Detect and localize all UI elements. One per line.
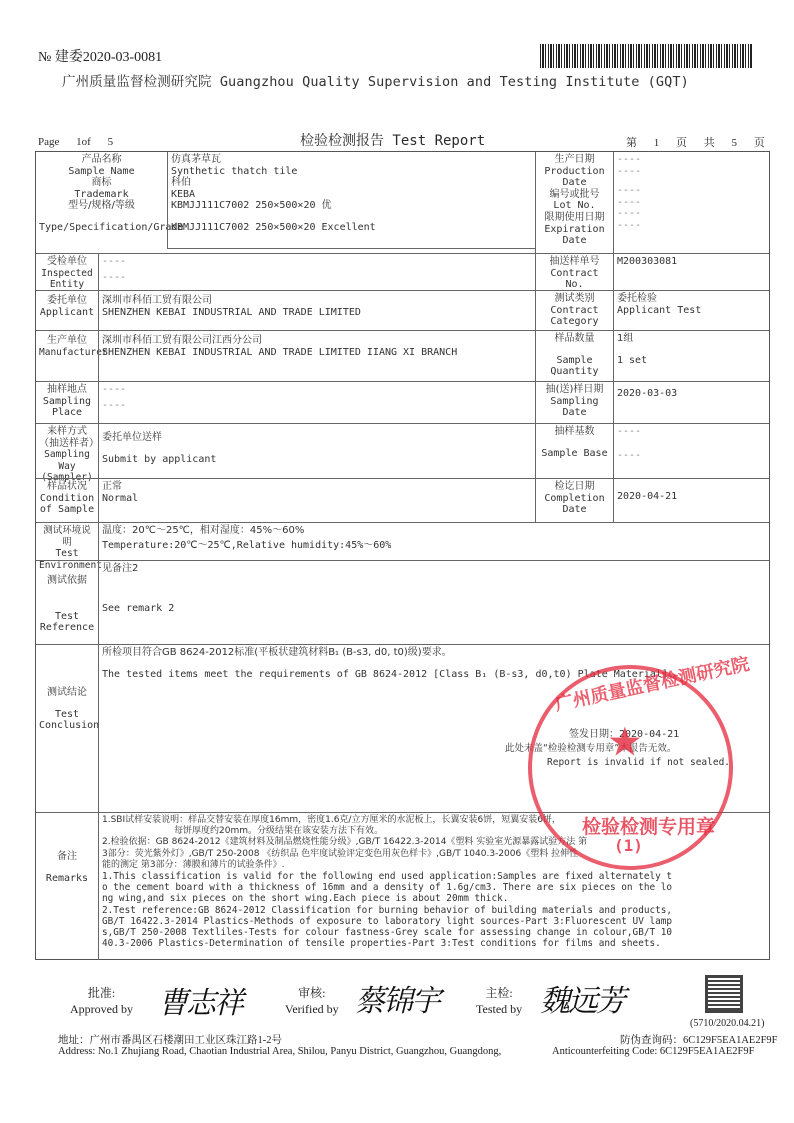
remark-line: 1.SBI试样安装说明：样品交替安装在厚度16mm，密度1.6克/立方厘米的水泥… [102, 815, 766, 826]
trademark-label-en: Trademark [39, 189, 164, 201]
sampling-place-label-en: Sampling Place [39, 396, 95, 419]
remark-line: 2.检验依据：GB 8624-2012《建筑材料及制品燃烧性能分级》,GB/T … [102, 837, 766, 848]
sampling-way-value: 委托单位送样 Submit by applicant [98, 424, 535, 479]
page-number: 1of [76, 136, 91, 148]
condition-value: 正常 Normal [98, 479, 535, 523]
approved-label-en: Approved by [70, 1001, 133, 1017]
trademark-label-zh: 商标 [39, 177, 164, 189]
dates-labels: 生产日期 Production Date 编号或批号 Lot No. 限期使用日… [535, 152, 613, 253]
sample-name-en: Synthetic thatch tile [171, 166, 532, 178]
completion-date-label: 检讫日期 Completion Date [535, 479, 613, 523]
sample-info-labels: 产品名称 Sample Name 商标 Trademark 型号/规格/等级 T… [36, 152, 167, 253]
issue-date: 签发日期：2020-04-21 [569, 729, 679, 741]
dates-values: ---- ---- ---- ---- ---- ---- [613, 152, 769, 253]
sampling-date-label-zh: 抽(送)样日期 [539, 384, 610, 396]
manufacturer-value: 深圳市科佰工贸有限公司江西分公司 SHENZHEN KEBAI INDUSTRI… [98, 331, 535, 382]
condition-row: 样品状况 Condition of Sample 正常 Normal 检讫日期 … [36, 478, 769, 523]
category-zh: 委托检验 [617, 293, 766, 305]
type-label-zh: 型号/规格/等级 [39, 200, 164, 212]
applicant-label: 委托单位 Applicant [36, 291, 98, 331]
remark-line: s,GB/T 250-2008 Textliles-Tests for colo… [102, 927, 766, 938]
remark-line: o the cement board with a thickness of 1… [102, 882, 766, 893]
manufacturer-en: SHENZHEN KEBAI INDUSTRIAL AND TRADE LIMI… [102, 347, 532, 359]
production-date: ---- [617, 154, 766, 166]
sampling-place-value-1: ---- [102, 384, 532, 396]
qr-code-icon [705, 975, 743, 1013]
production-date-label-en: Production Date [539, 166, 610, 189]
contract-no: M200303081 [613, 254, 769, 291]
institute-name: 广州质量监督检测研究院 Guangzhou Quality Supervisio… [62, 70, 689, 90]
inspected-entity-row: 受检单位 Inspected Entity ---- ---- 抽送样单号 Co… [36, 253, 769, 291]
verified-by-label: 审核: Verified by [285, 985, 339, 1017]
report-serial-number: № 建委2020-03-0081 [38, 46, 162, 66]
lot-label-zh: 编号或批号 [539, 189, 610, 201]
inspected-label: 受检单位 Inspected Entity [36, 254, 98, 291]
category-label-zh: 测试类别 [539, 293, 610, 305]
manufacturer-label: 生产单位 Manufacturer [36, 331, 98, 382]
manufacturer-label-en: Manufacturer [39, 347, 95, 359]
remark-line: 3部分：荧光紫外灯》,GB/T 250-2008 《纺织品 色牢度试验评定变色用… [102, 849, 766, 860]
completion-label-en: Completion Date [539, 493, 610, 516]
reference-label-zh: 测试依据 [39, 575, 95, 587]
sample-base-label: 抽样基数 Sample Base [535, 424, 613, 479]
remark-line: 每饼厚度约20mm。分级结果在该安装方法下有效。 [102, 826, 766, 837]
lot-no-2: ---- [617, 197, 766, 209]
conclusion-value: 所检项目符合GB 8624-2012标准(平板状建筑材料B₁ (B-s3, d0… [98, 645, 769, 813]
remarks-label: 备注 Remarks [36, 813, 98, 960]
remarks-label-zh: 备注 [39, 851, 95, 863]
conclusion-zh: 所检项目符合GB 8624-2012标准(平板状建筑材料B₁ (B-s3, d0… [102, 647, 766, 659]
conclusion-row: 测试结论 Test Conclusion 所检项目符合GB 8624-2012标… [36, 644, 769, 813]
reference-zh: 见备注2 [102, 563, 766, 575]
verified-label-en: Verified by [285, 1001, 339, 1017]
production-date-label-zh: 生产日期 [539, 154, 610, 166]
sample-name-zh: 仿真茅草瓦 [171, 154, 532, 166]
environment-row: 测试环境说明 Test Environment 温度：20℃～25℃，相对湿度：… [36, 522, 769, 561]
seal-note-en: Report is invalid if not sealed. [547, 757, 730, 769]
environment-label-zh: 测试环境说明 [39, 525, 95, 548]
contract-label-en: Contract No. [539, 268, 610, 291]
barcode [540, 44, 752, 68]
remark-line: 2.Test reference:GB 8624-2012 Classifica… [102, 905, 766, 916]
contract-label-zh: 抽送样单号 [539, 256, 610, 268]
reference-label-en: Test Reference [39, 611, 95, 634]
category-label-en: Contract Category [539, 305, 610, 328]
sampling-date-label-en: Sampling Date [539, 396, 610, 419]
approved-label-zh: 批准: [70, 985, 133, 1001]
remarks-row: 备注 Remarks 1.SBI试样安装说明：样品交替安装在厚度16mm，密度1… [36, 812, 769, 960]
tested-label-en: Tested by [476, 1001, 522, 1017]
expiration-label-zh: 限期使用日期 [539, 212, 610, 224]
sampling-date: 2020-03-03 [613, 382, 769, 424]
manufacturer-zh: 深圳市科佰工贸有限公司江西分公司 [102, 335, 532, 347]
report-table: 产品名称 Sample Name 商标 Trademark 型号/规格/等级 T… [35, 151, 770, 960]
remarks-label-en: Remarks [39, 873, 95, 885]
trademark-zh: 科伯 [171, 177, 532, 189]
sample-name-label-zh: 产品名称 [39, 154, 164, 166]
remark-line: 1.This classification is valid for the f… [102, 871, 766, 882]
reference-en: See remark 2 [102, 603, 766, 615]
category-en: Applicant Test [617, 305, 766, 317]
environment-zh: 温度：20℃～25℃，相对湿度：45%～60% [102, 525, 766, 537]
sample-info-values: 仿真茅草瓦 Synthetic thatch tile 科伯 KEBA KBMJ… [167, 152, 535, 249]
seal-note-zh: 此处未盖“检验检测专用章”本报告无效。 [505, 743, 676, 755]
quantity-value: 1组 1 set [613, 331, 769, 382]
sample-info-row: 产品名称 Sample Name 商标 Trademark 型号/规格/等级 T… [36, 152, 769, 253]
manufacturer-label-zh: 生产单位 [39, 335, 95, 347]
address-en: Address: No.1 Zhujiang Road, Chaotian In… [58, 1046, 501, 1057]
sample-name-label-en: Sample Name [39, 166, 164, 178]
quantity-zh: 1组 [617, 333, 766, 345]
sampling-place-value: ---- ---- [98, 382, 535, 424]
sampling-way-label-zh: 来样方式（抽送样者） [39, 426, 95, 449]
inspected-value-1: ---- [102, 256, 532, 268]
conclusion-label: 测试结论 Test Conclusion [36, 645, 98, 813]
quantity-label: 样品数量 Sample Quantity [535, 331, 613, 382]
sample-base-value: ---- ---- [613, 424, 769, 479]
reference-row: 测试依据 Test Reference 见备注2 See remark 2 [36, 560, 769, 645]
environment-value: 温度：20℃～25℃，相对湿度：45%～60% Temperature:20℃～… [98, 523, 769, 561]
conclusion-label-zh: 测试结论 [39, 687, 95, 699]
condition-zh: 正常 [102, 481, 532, 493]
condition-label-zh: 样品状况 [39, 481, 95, 493]
conclusion-en: The tested items meet the requirements o… [102, 669, 766, 681]
environment-label: 测试环境说明 Test Environment [36, 523, 98, 561]
conclusion-label-en: Test Conclusion [39, 709, 95, 732]
page-indicator-en: Page 1of 5 [38, 136, 127, 148]
applicant-value: 深圳市科佰工贸有限公司 SHENZHEN KEBAI INDUSTRIAL AN… [98, 291, 535, 331]
page-indicator-zh: 第 1 页 共 5 页 [626, 134, 772, 150]
type-en: KBMJJ111C7002 250×500×20 Excellent [171, 222, 532, 234]
sample-base-label-en: Sample Base [539, 448, 610, 460]
sample-base-label-zh: 抽样基数 [539, 426, 610, 438]
category-label: 测试类别 Contract Category [535, 291, 613, 331]
inspected-value-2: ---- [102, 272, 532, 284]
verified-label-zh: 审核: [285, 985, 339, 1001]
remark-line: GB/T 16422.3-2014 Plastics-Methods of ex… [102, 916, 766, 927]
sampling-date-label: 抽(送)样日期 Sampling Date [535, 382, 613, 424]
sampling-place-row: 抽样地点 Sampling Place ---- ---- 抽(送)样日期 Sa… [36, 381, 769, 424]
reference-label: 测试依据 Test Reference [36, 561, 98, 645]
applicant-label-en: Applicant [39, 307, 95, 319]
applicant-zh: 深圳市科佰工贸有限公司 [102, 295, 532, 307]
expiration-date: ---- [617, 208, 766, 220]
tested-label-zh: 主检: [476, 985, 522, 1001]
page-label: Page [38, 136, 59, 148]
quantity-label-zh: 样品数量 [539, 333, 610, 345]
lot-no: ---- [617, 185, 766, 197]
reference-value: 见备注2 See remark 2 [98, 561, 769, 645]
address-zh: 地址：广州市番禺区石楼潮田工业区珠江路1-2号 [58, 1032, 282, 1047]
qr-caption: (5710/2020.04.21) [690, 1018, 764, 1029]
tested-signature: 魏远芳 [540, 976, 624, 1020]
contract-no-label: 抽送样单号 Contract No. [535, 254, 613, 291]
sampling-place-label-zh: 抽样地点 [39, 384, 95, 396]
condition-en: Normal [102, 493, 532, 505]
condition-label-en: Condition of Sample [39, 493, 95, 516]
sampling-place-label: 抽样地点 Sampling Place [36, 382, 98, 424]
type-zh: KBMJJ111C7002 250×500×20 优 [171, 200, 532, 212]
trademark-en: KEBA [171, 189, 532, 201]
remarks-value: 1.SBI试样安装说明：样品交替安装在厚度16mm，密度1.6克/立方厘米的水泥… [98, 813, 769, 960]
inspected-value: ---- ---- [98, 254, 535, 291]
inspected-label-zh: 受检单位 [39, 256, 95, 268]
category-value: 委托检验 Applicant Test [613, 291, 769, 331]
report-title: 检验检测报告 Test Report [300, 130, 485, 150]
anticounterfeit-code-en: Anticounterfeiting Code: 6C129F5EA1AE2F9… [552, 1046, 754, 1057]
verified-signature: 蔡锦宇 [355, 976, 439, 1020]
applicant-label-zh: 委托单位 [39, 295, 95, 307]
sampling-way-zh: 委托单位送样 [102, 432, 532, 444]
applicant-row: 委托单位 Applicant 深圳市科佰工贸有限公司 SHENZHEN KEBA… [36, 290, 769, 331]
sample-base-1: ---- [617, 426, 766, 438]
expiration-label-en: Expiration Date [539, 224, 610, 247]
condition-label: 样品状况 Condition of Sample [36, 479, 98, 523]
quantity-en: 1 set [617, 355, 766, 367]
completion-date: 2020-04-21 [613, 479, 769, 523]
production-date-2: ---- [617, 166, 766, 178]
sampling-way-label: 来样方式（抽送样者） Sampling Way (Sampler) [36, 424, 98, 479]
remark-line: 能的测定 第3部分：薄膜和薄片的试验条件》. [102, 860, 766, 871]
anticounterfeit-code-zh: 防伪查询码：6C129F5EA1AE2F9F [620, 1032, 778, 1047]
type-label-en: Type/Specification/Grade [39, 222, 164, 234]
inspected-label-en: Inspected Entity [39, 268, 95, 291]
expiration-date-2: ---- [617, 220, 766, 232]
remark-line: ng wing,and six pieces on the short wing… [102, 893, 766, 904]
approved-by-label: 批准: Approved by [70, 985, 133, 1017]
lot-label-en: Lot No. [539, 200, 610, 212]
environment-en: Temperature:20℃～25℃,Relative humidity:45… [102, 540, 766, 552]
sampling-place-value-2: ---- [102, 400, 532, 412]
completion-label-zh: 检讫日期 [539, 481, 610, 493]
sampling-way-en: Submit by applicant [102, 454, 532, 466]
sample-base-2: ---- [617, 450, 766, 462]
tested-by-label: 主检: Tested by [476, 985, 522, 1017]
page-total: 5 [108, 136, 114, 148]
sampling-way-row: 来样方式（抽送样者） Sampling Way (Sampler) 委托单位送样… [36, 423, 769, 479]
applicant-en: SHENZHEN KEBAI INDUSTRIAL AND TRADE LIMI… [102, 307, 532, 319]
approved-signature: 曹志祥 [158, 978, 242, 1022]
remark-line: 40.3-2006 Plastics-Determination of tens… [102, 938, 766, 949]
manufacturer-row: 生产单位 Manufacturer 深圳市科佰工贸有限公司江西分公司 SHENZ… [36, 330, 769, 382]
quantity-label-en: Sample Quantity [539, 355, 610, 378]
